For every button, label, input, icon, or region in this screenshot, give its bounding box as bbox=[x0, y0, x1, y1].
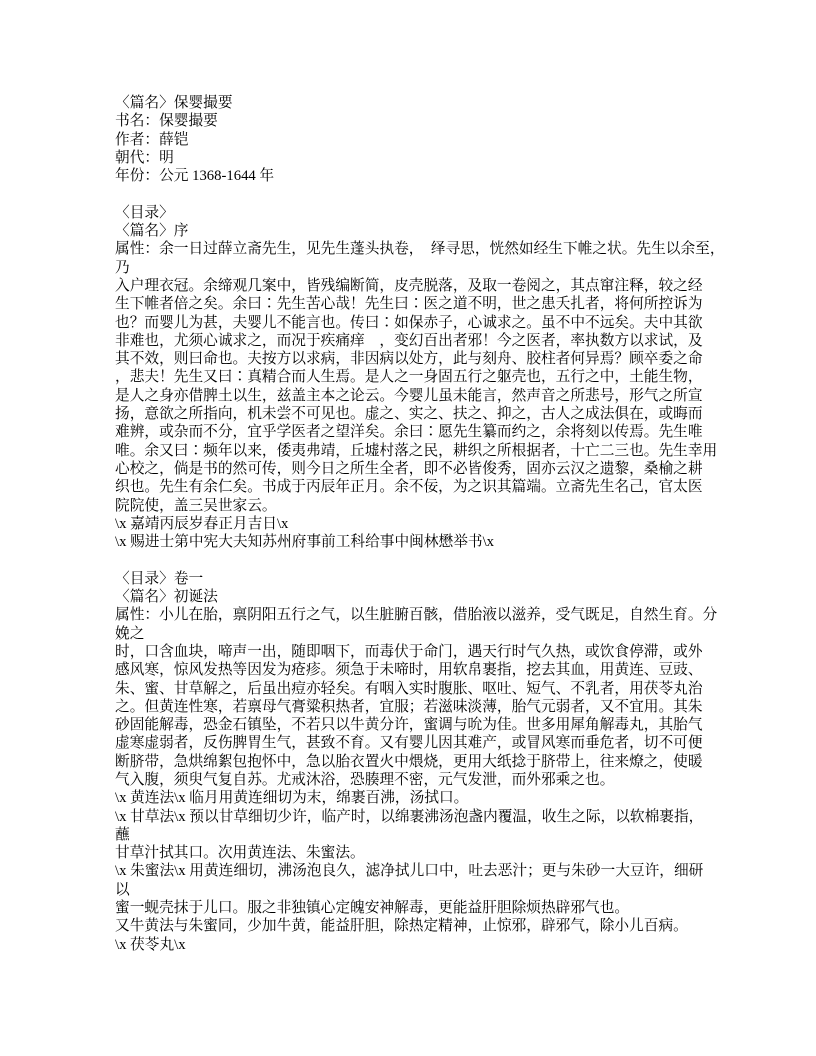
text-line: 年份：公元 1368-1644 年 bbox=[115, 167, 775, 185]
text-line: 作者：薛铠 bbox=[115, 131, 775, 149]
text-line: 娩之 bbox=[115, 625, 775, 643]
text-line: 气入腹，须臾气复自苏。尤戒沐浴，恐腠理不密，元气发泄，而外邪乘之也。 bbox=[115, 771, 775, 789]
text-line: \x 黄连法\x 临月用黄连细切为末，绵裹百沸，汤拭口。 bbox=[115, 789, 775, 807]
text-line: 〈目录〉卷一 bbox=[115, 570, 775, 588]
text-line: 难辨，或杂而不分，宜乎学医者之望洋矣。余曰∶愿先生纂而约之，余将刻以传焉。先生唯 bbox=[115, 423, 775, 441]
text-line: \x 茯苓丸\x bbox=[115, 936, 775, 954]
text-line: 书名：保婴撮要 bbox=[115, 112, 775, 130]
text-line: 属性：小儿在胎，禀阴阳五行之气，以生脏腑百骸，借胎液以滋养，受气既足，自然生育。… bbox=[115, 606, 775, 624]
text-line: \x 甘草法\x 预以甘草细切少许，临产时，以绵裹沸汤泡盏内覆温，收生之际，以软… bbox=[115, 808, 775, 826]
text-line: 属性：余一日过薛立斋先生，见先生蓬头执卷， 绎寻思，恍然如经生下帷之状。先生以余… bbox=[115, 240, 775, 258]
text-line: 也？而婴儿为甚，夫婴儿不能言也。传曰∶如保赤子，心诚求之。虽不中不远矣。夫中其欲 bbox=[115, 314, 775, 332]
text-line: 感风寒，惊风发热等因发为疮疹。须急于未啼时，用软帛裹指，挖去其血，用黄连、豆豉、 bbox=[115, 661, 775, 679]
text-line bbox=[115, 185, 775, 203]
text-line: 蜜一蚬壳抹于儿口。服之非独镇心定魄安神解毒，更能益肝胆除烦热辟邪气也。 bbox=[115, 899, 775, 917]
text-line: 〈篇名〉序 bbox=[115, 222, 775, 240]
text-line: 院院使，盖三吴世家云。 bbox=[115, 497, 775, 515]
text-line: 〈篇名〉初诞法 bbox=[115, 588, 775, 606]
text-line: 织也。先生有余仁矣。书成于丙辰年正月。余不佞，为之识其篇端。立斋先生名己，官太医 bbox=[115, 478, 775, 496]
text-line: 扬，意欲之所指向，机未尝不可见也。虚之、实之、扶之、抑之，古人之成法俱在，或晦而 bbox=[115, 405, 775, 423]
text-line: 又牛黄法与朱蜜同，少加牛黄，能益肝胆，除热定精神，止惊邪，辟邪气，除小儿百病。 bbox=[115, 917, 775, 935]
text-line: 虚寒虚弱者，反伤脾胃生气，甚致不育。又有婴儿因其难产，或冒风寒而垂危者，切不可便 bbox=[115, 734, 775, 752]
text-line: 砂固能解毒，恐金石镇坠，不若只以牛黄分许，蜜调与吮为佳。世多用犀角解毒丸，其胎气 bbox=[115, 716, 775, 734]
text-block: 〈篇名〉保婴撮要书名：保婴撮要作者：薛铠朝代：明年份：公元 1368-1644 … bbox=[115, 94, 775, 954]
text-line: 时，口含血块，啼声一出，随即咽下，而毒伏于命门，遇天行时气久热，或饮食停滞，或外 bbox=[115, 643, 775, 661]
text-line: 非难也，尤须心诚求之，而况于疾痛痒 ，变幻百出者邪！今之医者，率执数方以求试，及 bbox=[115, 332, 775, 350]
text-line: 生下帷者倍之矣。余曰∶先生苦心哉！先生曰∶医之道不明，世之患夭扎者，将何所控诉为 bbox=[115, 295, 775, 313]
text-line bbox=[115, 551, 775, 569]
text-line: 其不效，则曰命也。夫按方以求病，非因病以处方，此与刻舟、胶柱者何异焉？顾卒委之命 bbox=[115, 350, 775, 368]
text-line: 入户理衣冠。余缔观几案中，皆残编断简，皮壳脱落，及取一卷阅之，其点窜注释，较之经 bbox=[115, 277, 775, 295]
text-line: 〈篇名〉保婴撮要 bbox=[115, 94, 775, 112]
text-line: 甘草汁拭其口。次用黄连法、朱蜜法。 bbox=[115, 844, 775, 862]
text-line: 蘸 bbox=[115, 826, 775, 844]
text-line: \x 朱蜜法\x 用黄连细切，沸汤泡良久，滤净拭儿口中，吐去恶汁；更与朱砂一大豆… bbox=[115, 862, 775, 880]
text-line: 朝代：明 bbox=[115, 149, 775, 167]
text-line: ，悲夫！先生又曰∶真精合而人生焉。是人之一身固五行之躯壳也，五行之中，土能生物， bbox=[115, 368, 775, 386]
text-line: 朱、蜜、甘草解之，后虽出痘亦轻矣。有咽入实时腹胀、呕吐、短气、不乳者，用茯苓丸治 bbox=[115, 680, 775, 698]
text-line: 是人之身亦借脾土以生，兹盖主本之论云。今婴儿虽未能言，然声音之所悲号，形气之所宣 bbox=[115, 387, 775, 405]
text-line: 唯。余又曰∶频年以来，倭夷弗靖，丘墟村落之民，耕织之所根据者，十亡二三也。先生幸… bbox=[115, 442, 775, 460]
text-line: 〈目录〉 bbox=[115, 204, 775, 222]
text-line: 之。但黄连性寒，若禀母气膏粱积热者，宜服；若滋味淡薄，胎气元弱者，又不宜用。其朱 bbox=[115, 698, 775, 716]
text-line: 以 bbox=[115, 881, 775, 899]
text-line: 心校之，倘是书的然可传，则今日之所生全者，即不必皆俊秀，固亦云汉之遗黎，桑榆之耕 bbox=[115, 460, 775, 478]
document-page: 〈篇名〉保婴撮要书名：保婴撮要作者：薛铠朝代：明年份：公元 1368-1644 … bbox=[0, 0, 816, 1056]
text-line: \x 赐进士第中宪大夫知苏州府事前工科给事中闽林懋举书\x bbox=[115, 533, 775, 551]
text-line: 断脐带，急烘绵絮包抱怀中，急以胎衣置火中煨烧，更用大纸捻于脐带上，往来燎之，使暖 bbox=[115, 753, 775, 771]
text-line: 乃 bbox=[115, 259, 775, 277]
text-line: \x 嘉靖丙辰岁春正月吉日\x bbox=[115, 515, 775, 533]
